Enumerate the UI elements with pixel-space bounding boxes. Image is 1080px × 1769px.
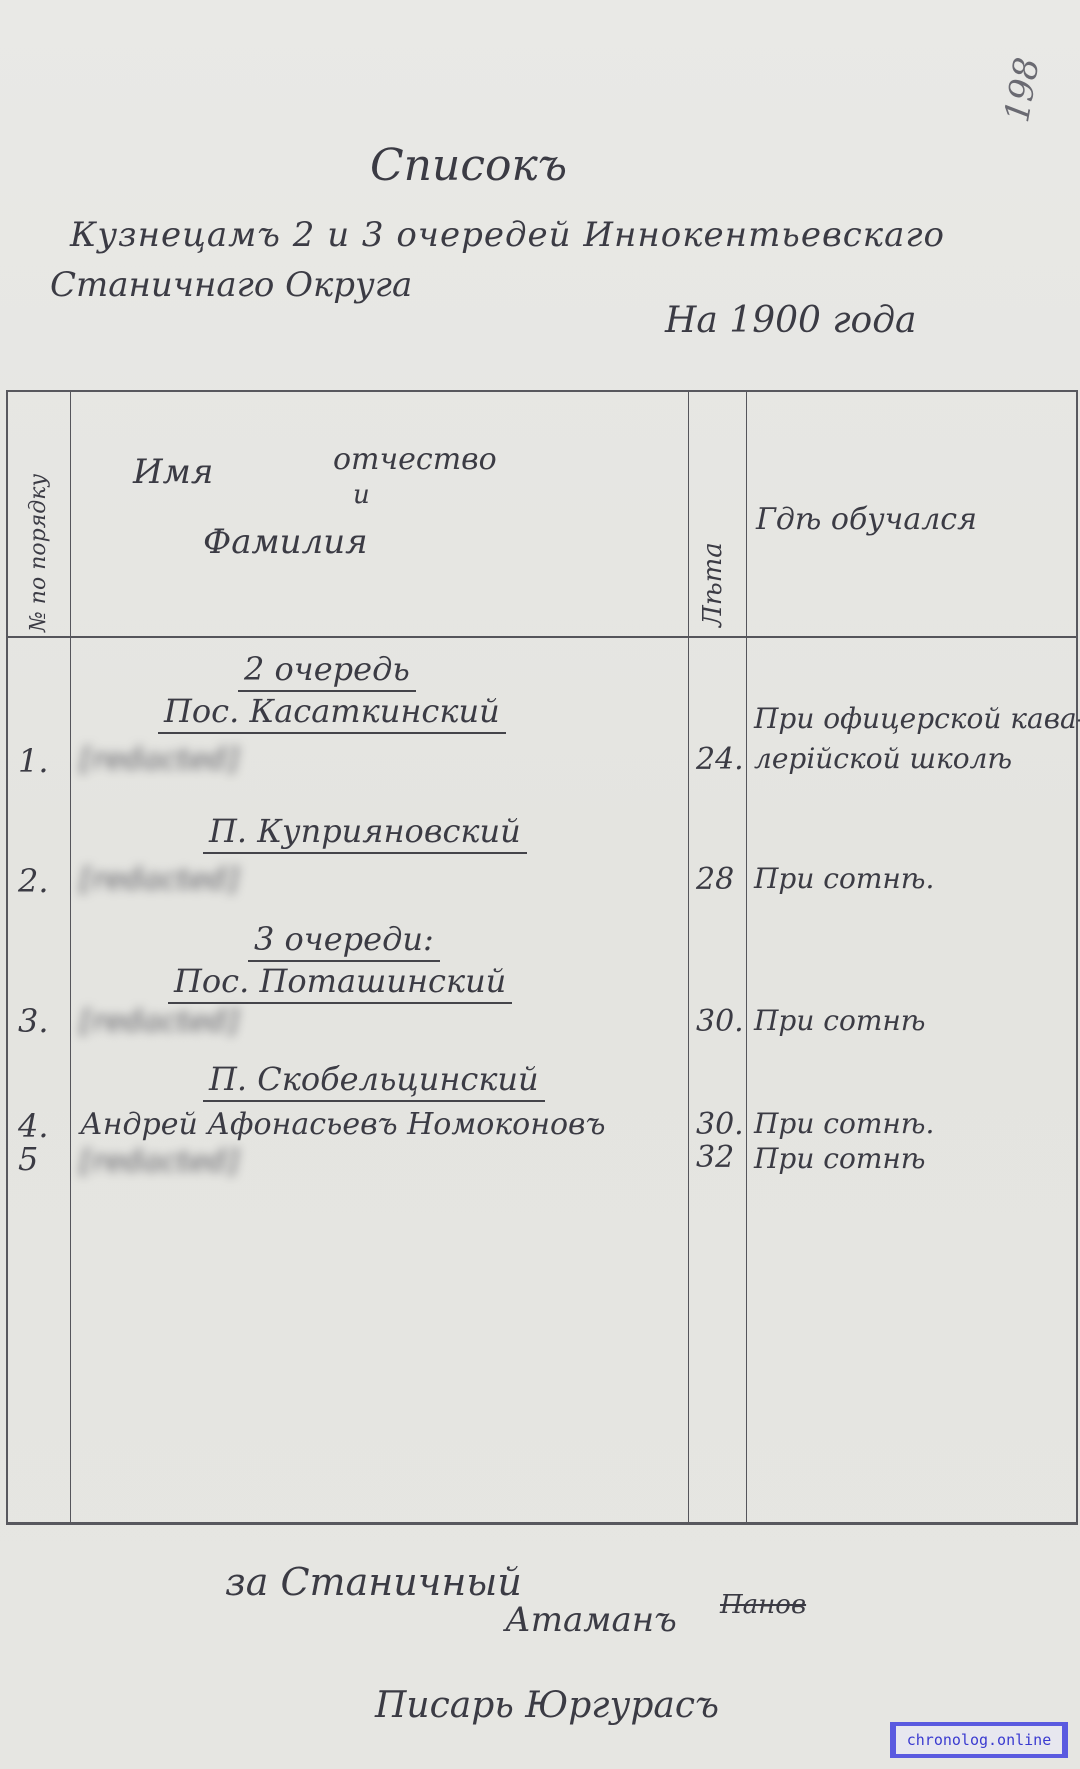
row-trained-where: При офицерской кава- [754,702,1080,735]
blacksmiths-table: № по порядку Имя отчество и Фамилия Лѣта… [6,390,1078,1525]
row-name: [redacted] [80,1144,238,1179]
header-number: № по порядку [26,474,51,632]
header-divider [8,636,1076,638]
row-name: [redacted] [80,742,238,777]
row-name: [redacted] [80,1004,238,1039]
header-age: Лѣта [698,542,728,627]
signature-line-ataman: Атаманъ [505,1600,677,1640]
column-divider [70,392,71,1522]
signature-line-clerk: Писарь Юргурасъ [375,1685,719,1726]
row-name: [redacted] [80,862,238,897]
settlement-label: П. Скобельцинский [203,1060,545,1102]
row-age: 28 [696,862,734,897]
row-trained-where: При сотнѣ [754,1142,926,1175]
document-subtitle-line1: Кузнецамъ 2 и 3 очередей Иннокентьевскаг… [70,215,945,255]
column-divider [746,392,747,1522]
row-trained-where-cont: лерiйской школѣ [754,742,1012,775]
row-number: 5 [18,1140,38,1178]
section-label: 2 очередь [238,650,416,692]
section-label: 3 очереди: [248,920,440,962]
watermark: chronolog.online [890,1722,1068,1758]
header-patronymic: отчество [333,442,497,477]
row-number: 3. [18,1002,49,1040]
watermark-text: chronolog.online [896,1726,1062,1754]
settlement-label: Пос. Поташинский [168,962,512,1004]
document-title: Списокъ [370,140,567,191]
settlement-label: П. Куприяновский [203,812,527,854]
header-and: и [353,480,370,510]
header-trained-where: Гдѣ обучался [756,502,977,537]
row-age: 30. [696,1107,744,1142]
folio-number: 198 [997,55,1048,126]
row-trained-where: При сотнѣ [754,1004,926,1037]
settlement-label: Пос. Касаткинский [158,692,506,734]
document-page: 198 Списокъ Кузнецамъ 2 и 3 очередей Инн… [0,0,1080,1769]
ataman-signature: Панов [720,1590,806,1620]
header-surname: Фамилия [203,522,368,562]
row-trained-where: При сотнѣ. [754,862,934,895]
document-year: На 1900 года [665,300,917,341]
header-first-name: Имя [133,452,213,492]
document-subtitle-line2: Станичнаго Округа [50,265,412,305]
row-number: 2. [18,862,49,900]
row-age: 24. [696,742,744,777]
row-age: 30. [696,1004,744,1039]
row-trained-where: При сотнѣ. [754,1107,934,1140]
row-name: Андрей Афонасьевъ Номоконовъ [80,1107,606,1142]
row-age: 32 [696,1140,734,1175]
column-divider [688,392,689,1522]
signature-line-ataman-for: за Станичный [225,1560,522,1604]
row-number: 1. [18,742,49,780]
